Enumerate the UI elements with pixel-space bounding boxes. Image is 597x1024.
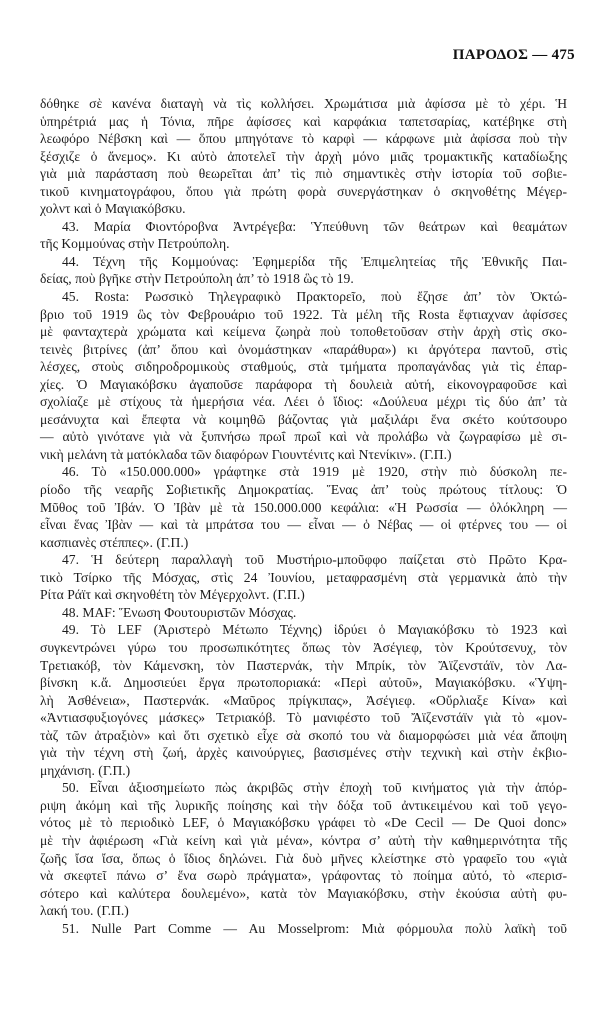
text-line: Ρίτα Ράϊτ καὶ σκηνοθέτη τὸν Μέγερχολντ. …	[40, 586, 567, 604]
text-line: δείας, ποὺ βγῆκε στὴν Πετρούπολη ἀπ’ τὸ …	[40, 270, 567, 288]
text-line: ὑπηρέτριά μας ἡ Τόνια, πῆρε ἀφίσσες καὶ …	[40, 113, 567, 131]
text-line: δόθηκε σὲ κανένα διαταγὴ νὰ τὶς κολλήσει…	[40, 95, 567, 113]
text-line: γιὰ μιὰ παράσταση ποὺ θεωρεῖται ἀπ’ τὶς …	[40, 165, 567, 183]
text-line: γιὰ τὴν τέχνη στὴ ζωή, ἀρχὲς καινούργιες…	[40, 744, 567, 762]
text-line: ξέσχιζε ὁ ἄνεμος». Κι αὐτὸ ἀποτελεῖ τὴν …	[40, 148, 567, 166]
text-line: νὰ σκεφτεῖ πάνω σ’ ἕνα σωρὸ πράγματα», γ…	[40, 867, 567, 885]
text-line: 44. Τέχνη τῆς Κομμούνας: Ἐφημερίδα τῆς Ἐ…	[40, 253, 567, 271]
text-line: λέσχες, στοὺς σιδηροδρομικοὺς σταθμούς, …	[40, 358, 567, 376]
text-line: νότος μὲ τὸ περιοδικὸ LEF, ὁ Μαγιακόβσκυ…	[40, 814, 567, 832]
text-line: Μῦθος τοῦ Ἰβάν. Ὁ Ἰβὰν μὲ τὰ 150.000.000…	[40, 499, 567, 517]
running-title: ΠΑΡΟΔΟΣ — 475	[453, 47, 575, 63]
text-line: ζωῆς ἴσα ἴσα, ὅπως ὁ ἴδιος δηλώνει. Γιὰ …	[40, 850, 567, 868]
text-line: σότερο καὶ καλύτερα δουλεμένο», κατὰ τὸν…	[40, 885, 567, 903]
text-line: τῆς Κομμούνας στὴν Πετρούπολη.	[40, 235, 567, 253]
text-line: 43. Μαρία Φιοντόροβνα Ἀντρέγεβα: Ὑπεύθυν…	[40, 218, 567, 236]
text-line: μὲ τὴν ἀφιέρωση «Γιὰ κείνη καὶ γιὰ μένα»…	[40, 832, 567, 850]
text-line: — αὐτὸ γινότανε γιὰ νὰ ξυπνήσω πρωΐ πρωΐ…	[40, 428, 567, 446]
text-line: χολντ καὶ ὁ Μαγιακόβσκυ.	[40, 200, 567, 218]
text-line: λακή του. (Γ.Π.)	[40, 902, 567, 920]
text-line: κασπιανὲς στέππες». (Γ.Π.)	[40, 534, 567, 552]
text-line: βριο τοῦ 1919 ὣς τὸν Φεβρουάριο τοῦ 1922…	[40, 306, 567, 324]
text-line: 47. Ἡ δεύτερη παραλλαγὴ τοῦ Μυστήριο-μπο…	[40, 551, 567, 569]
text-line: λὴ Ἀσθένεια», Παστερνάκ. «Μαῦρος πρίγκιπ…	[40, 692, 567, 710]
running-header: ΠΑΡΟΔΟΣ — 475	[453, 47, 575, 64]
footnotes-text-block: δόθηκε σὲ κανένα διαταγὴ νὰ τὶς κολλήσει…	[40, 95, 567, 937]
text-line: 49. Τὸ LEF (Ἀριστερὸ Μέτωπο Τέχνης) ἱδρύ…	[40, 621, 567, 639]
text-line: χίες. Ὁ Μαγιακόβσκυ ἀγαποῦσε παράφορα τὴ…	[40, 376, 567, 394]
text-line: μεσάνυχτα καὶ ἔπεφτα νὰ κοιμηθῶ βάζοντας…	[40, 411, 567, 429]
text-line: μηχάνιση. (Γ.Π.)	[40, 762, 567, 780]
text-line: μὲ φανταχτερὰ χρώματα καὶ κείμενα ζωηρὰ …	[40, 323, 567, 341]
text-line: συγκεντρώνει γύρω του προσωπικότητες ὅπω…	[40, 639, 567, 657]
text-line: «Ἀντιασφυξιογόνες μάσκες» Τετριακόβ. Τὸ …	[40, 709, 567, 727]
text-line: εἶναι ἕνας Ἰβὰν — καὶ τὰ μπράτσα του — ε…	[40, 516, 567, 534]
text-line: 48. MAF: Ἕνωση Φουτουριστῶν Μόσχας.	[40, 604, 567, 622]
text-line: λεωφόρο Νέβσκη καὶ — ὅπου μπηγότανε τὸ κ…	[40, 130, 567, 148]
text-line: Τρετιακόβ, τὸν Κάμενσκη, τὸν Παστερνάκ, …	[40, 657, 567, 675]
text-line: βίνσκη κ.ἄ. Δημοσιεύει ἔργα πρωτοποριακά…	[40, 674, 567, 692]
text-line: 50. Εἶναι ἀξιοσημείωτο πὼς ἀκριβῶς στὴν …	[40, 779, 567, 797]
text-line: τεινὲς βιτρίνες (ἀπ’ ὅπου καὶ ὀνομάστηκα…	[40, 341, 567, 359]
text-line: 45. Rosta: Ρωσσικὸ Τηλεγραφικὸ Πρακτορεῖ…	[40, 288, 567, 306]
text-line: τικοῦ κινηματογράφου, ὅπου γιὰ πρώτη φορ…	[40, 183, 567, 201]
text-line: 51. Nulle Part Comme — Au Mosselprom: Μι…	[40, 920, 567, 938]
text-line: σχολίαζε μὲ στίχους τὰ ἡμερήσια νέα. Λέε…	[40, 393, 567, 411]
text-line: νικὴ μελάνη τὰ ματόκλαδα τῶν διαφόρων Γι…	[40, 446, 567, 464]
text-line: ρίοδο τῆς νεαρῆς Σοβιετικῆς Δημοκρατίας.…	[40, 481, 567, 499]
text-line: ριψη ἀκόμη καὶ τῆς λυρικῆς ποίησης καὶ τ…	[40, 797, 567, 815]
text-line: 46. Τὸ «150.000.000» γράφτηκε στὰ 1919 μ…	[40, 463, 567, 481]
text-line: τὰζ τῶν ἀτραξιὸν» καὶ ὅτι σχετικὸ εἶχε σ…	[40, 727, 567, 745]
text-line: τικὸ Τσίρκο τῆς Μόσχας, στὶς 24 Ἰουνίου,…	[40, 569, 567, 587]
